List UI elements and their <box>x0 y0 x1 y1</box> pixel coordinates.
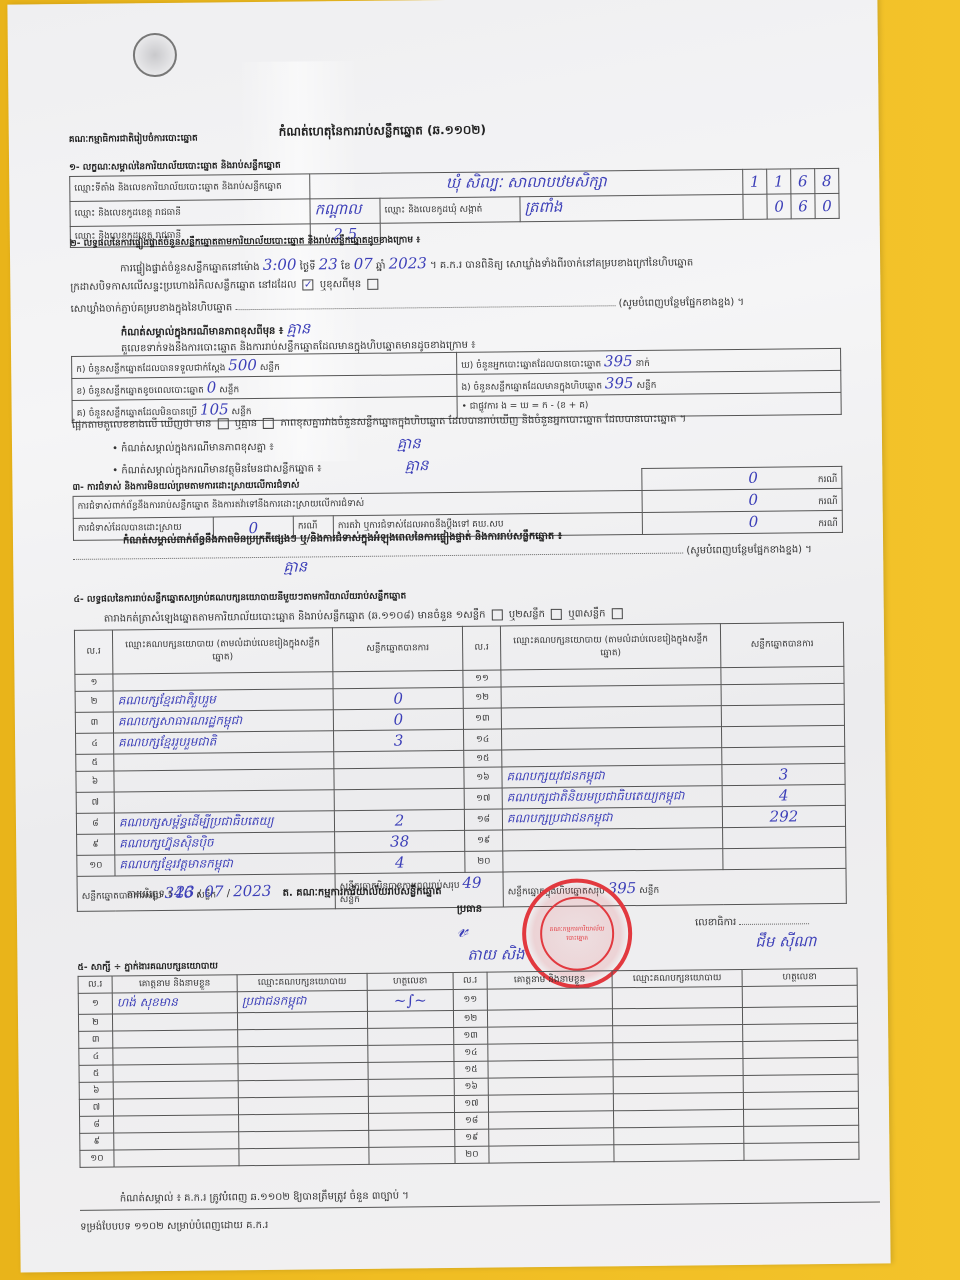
date-month: 07 <box>204 882 223 900</box>
row-no: ១១ <box>463 670 501 687</box>
agent-name <box>113 1030 238 1048</box>
agent-signature <box>743 1023 858 1041</box>
party-name: គណបក្សសម្ព័ន្ធដើម្បីប្រជាធិបតេយ្យ <box>114 811 334 834</box>
irregularities-note-value: គ្មាន <box>283 557 307 579</box>
valid-votes: 2 <box>334 809 464 831</box>
party-name <box>114 790 334 813</box>
party-name: គណបក្សហ្វ៊ុនស៊ិនប៉ិច <box>115 832 335 855</box>
valid-votes <box>721 704 844 726</box>
agent-party <box>613 1075 743 1093</box>
figure-value: 395 <box>604 352 633 370</box>
verification-prefix: ការផ្ទៀងផ្ទាត់ចំនួនសន្លឹកឆ្នោតនៅម៉ោង <box>120 262 260 274</box>
valid-votes <box>721 725 844 747</box>
agent-signature <box>742 985 857 1007</box>
agent-name <box>114 1132 239 1150</box>
col-signature: ហត្ថលេខា <box>742 968 857 986</box>
committee-label: គណៈកម្មាធិការជាតិរៀបចំការបោះឆ្នោត <box>69 133 198 147</box>
chair-label: ប្រធាន <box>457 902 482 917</box>
figure-unit: នាក់ <box>635 359 649 369</box>
chair-name: តាយ សិង <box>467 945 524 968</box>
agent-party: ប្រជាជនកម្ពុជា <box>237 990 367 1012</box>
valid-votes: 3 <box>334 729 464 751</box>
col-no: ល.រ <box>453 972 487 989</box>
row-no: ៩ <box>80 1133 114 1150</box>
agent-party <box>238 1062 368 1080</box>
row-no: ១៤ <box>454 1044 488 1061</box>
three-sheets-label: ឬ៣សន្លឹក <box>568 608 605 619</box>
row-no: ៦ <box>76 771 114 792</box>
agent-name <box>113 1047 238 1065</box>
row-no: ១៨ <box>464 809 502 830</box>
col-party: ឈ្មោះគណបក្សនយោបាយ <box>612 969 742 987</box>
agent-party <box>613 1058 743 1076</box>
bullet1-value: គ្មាន <box>397 434 421 452</box>
row-no: ១៣ <box>454 1027 488 1044</box>
agent-signature <box>743 1108 858 1126</box>
committee-sign-label: ត. គណៈកម្មការការិយាល័យរាប់សន្លឹកឆ្នោត <box>283 886 442 899</box>
footer-form-label: ទម្រង់បែបបទ ១១០២ សម្រាប់បំពេញដោយ គ.ក.រ <box>80 1218 268 1235</box>
agent-signature <box>368 1061 454 1079</box>
party-name: គណបក្សខ្មែររួបរួមជាតិ <box>114 731 334 754</box>
agent-signature: ~∫~ <box>367 989 453 1011</box>
row-no: ១០ <box>77 855 115 876</box>
three-sheets-checkbox[interactable] <box>612 608 623 619</box>
figure-label: ឃ) ចំនួនអ្នកបោះឆ្នោតដែលបានបោះឆ្នោត <box>461 359 601 370</box>
two-sheets-checkbox[interactable] <box>551 608 562 619</box>
year-label: ឆ្នាំ <box>376 261 386 272</box>
valid-votes: 0 <box>333 687 463 709</box>
agent-signature <box>743 1074 858 1092</box>
agent-name <box>488 1060 613 1078</box>
agent-party <box>612 986 742 1008</box>
code-digit: 8 <box>815 168 839 193</box>
seal-line: ក្រដាសបិទកាសលើសន្ទះប្រហោងរំកិលសន្លឹកឆ្នោ… <box>70 277 381 295</box>
col-name: គោត្តនាម និងនាមខ្លួន <box>487 971 612 989</box>
row-no: ២០ <box>465 851 503 872</box>
agent-party <box>613 1041 743 1059</box>
month-label: ខែ <box>341 261 351 272</box>
row-no: ១៥ <box>464 750 502 767</box>
agent-party <box>613 1092 743 1110</box>
objections-row1-value: 0 <box>748 491 758 509</box>
agent-name <box>488 1077 613 1095</box>
changed-label: ឬខុសពីមុន <box>320 279 361 290</box>
party-name: គណបក្សយុវជនកម្ពុជា <box>502 765 722 788</box>
commune-code-digit: 0 <box>767 194 791 219</box>
secretary-name: ជឹម ស៊ីណា <box>755 932 816 955</box>
difference-none-label: ឬគ្មាន <box>235 418 257 429</box>
secretary-label: លេខាធិការ <box>695 917 736 928</box>
date-label: ការបរិច្ឆេទ ៖ <box>127 889 173 900</box>
agent-name <box>113 1064 238 1082</box>
row-no: ៥ <box>76 754 114 771</box>
difference-tail: ភាពខុសគ្នារវាងចំនួនសន្លឹកឆ្នោតក្នុងហិបឆ្… <box>280 414 686 429</box>
row-no: ១៥ <box>454 1061 488 1078</box>
row-no: ៤ <box>79 1048 113 1065</box>
agent-name <box>114 1115 239 1133</box>
row-no: ៧ <box>79 1099 113 1116</box>
fill-more-note: (សូមបំពេញបន្ថែមផ្នែកខាងខ្នង) ។ <box>619 297 745 309</box>
objections-total-value: 0 <box>748 469 758 487</box>
verification-day: 23 <box>319 255 338 273</box>
unit: សន្លឹក <box>639 885 659 895</box>
agent-name <box>487 1009 612 1027</box>
party-name <box>503 849 723 872</box>
row-no: ៦ <box>79 1082 113 1099</box>
row-no: ១០ <box>80 1150 114 1167</box>
difference-note-value: គ្មាន <box>286 319 310 337</box>
agent-signature <box>742 1006 857 1024</box>
day-label: ថ្ងៃទី <box>300 261 316 272</box>
party-name: គណបក្សសាធារណរដ្ឋកម្ពុជា <box>113 710 333 733</box>
unit: ករណី <box>818 475 838 485</box>
figure-value: 500 <box>228 356 257 374</box>
agent-party <box>614 1143 744 1161</box>
row-no: ៣ <box>75 712 113 733</box>
tally-sheet-line: តារាងកត់ត្រាសំឡេងឆ្នោតតាមការិយាល័យបោះឆ្ន… <box>104 606 626 626</box>
row-no: ១៩ <box>455 1129 489 1146</box>
agent-name <box>487 988 612 1010</box>
col-party: ឈ្មោះគណបក្សនយោបាយ (តាមលំដាប់លេខរៀងក្នុងស… <box>112 628 332 674</box>
row-no: ១ <box>75 674 113 691</box>
row-no: ១ <box>78 993 112 1014</box>
election-result-form-paper: គណៈកម្មាធិការជាតិរៀបចំការបោះឆ្នោត កំណត់ហ… <box>7 0 890 1273</box>
inner-lock-line: សោឃ្លាំងចាក់ភ្ជាប់គម្របខាងក្នុងនៃហិបឆ្នោ… <box>71 295 745 317</box>
agent-signature <box>744 1125 859 1143</box>
date-day: 23 <box>175 883 194 901</box>
figure-unit: សន្លឹក <box>636 381 656 391</box>
col-no: ល.រ <box>462 626 500 670</box>
section5-heading: ៥- សាក្សី ÷ ភ្នាក់ងារគណបក្សនយោបាយ <box>77 960 218 974</box>
agent-party <box>238 1045 368 1063</box>
col-votes: សន្លឹកឆ្នោតបានការ <box>332 626 462 671</box>
agent-signature <box>368 1078 454 1096</box>
row-no: ៥ <box>79 1065 113 1082</box>
agent-signature <box>369 1112 455 1130</box>
agent-name <box>488 1043 613 1061</box>
valid-votes <box>722 746 845 764</box>
two-sheets-label: ឬ២សន្លឹក <box>509 609 545 620</box>
agent-party <box>613 1024 743 1042</box>
district-value: កណ្ដាល <box>310 198 380 224</box>
fill-more-note: (សូមបំពេញបន្ថែមផ្នែកខាងខ្នង) ។ <box>686 544 812 556</box>
district-label: ឈ្មោះ និងលេខកូដខេត្ត រាជធានី <box>70 199 310 227</box>
row-no: ៧ <box>76 792 114 813</box>
agent-name <box>489 1111 614 1129</box>
party-name: គណបក្សជាតិនិយមប្រជាធិបតេយ្យកម្ពុជា <box>502 786 722 809</box>
stamp-emblem-icon: គណៈកម្មការការិយាល័យបោះឆ្នោត <box>540 896 615 971</box>
agent-name <box>113 1098 238 1116</box>
bullet-difference: • កំណត់សម្គាល់ក្នុងករណីមានភាពខុសគ្នា ៖ គ… <box>112 434 421 459</box>
date-line: ការបរិច្ឆេទ ៖ 23 / 07 / 2023 ត. គណៈកម្មក… <box>127 880 442 902</box>
row-no: ៤ <box>76 733 114 754</box>
agent-party <box>239 1147 369 1165</box>
row-no: ១៦ <box>454 1078 488 1095</box>
footer-note: កំណត់សម្គាល់ ៖ គ.ក.រ ត្រូវបំពេញ ឆ.១១០២ ឱ… <box>120 1188 409 1206</box>
unit: ករណី <box>818 497 838 507</box>
col-party: ឈ្មោះគណបក្សនយោបាយ <box>237 973 367 991</box>
figure-label: ង) ចំនួនសន្លឹកឆ្នោតដែលមានក្នុងហិបឆ្នោត <box>461 381 602 392</box>
agent-party <box>238 1028 368 1046</box>
row-no: ២០ <box>455 1146 489 1163</box>
bullet1-label: • កំណត់សម្គាល់ក្នុងករណីមានភាពខុសគ្នា ៖ <box>112 442 274 455</box>
row-no: ១១ <box>453 989 487 1010</box>
difference-text: ផ្អែកតាមតួលេខខាងលើ ឃើញថា មាន <box>72 418 212 430</box>
valid-votes <box>334 788 464 810</box>
agent-name <box>489 1145 614 1163</box>
code-digit: 1 <box>767 169 791 194</box>
valid-votes: 38 <box>335 830 465 852</box>
valid-votes: 4 <box>335 851 465 873</box>
intact-checkbox[interactable]: ✓ <box>303 279 314 290</box>
row-no: ១២ <box>463 687 501 708</box>
changed-checkbox[interactable] <box>367 278 378 289</box>
ballot-figures-table: ក) ចំនួនសន្លឹកឆ្នោតដែលបានទទួលជាក់ស្ដែង 5… <box>71 348 842 423</box>
figure-unit: សន្លឹក <box>219 385 239 395</box>
date-year: 2023 <box>233 882 271 900</box>
agent-signature <box>743 1091 858 1109</box>
agent-name <box>113 1081 238 1099</box>
verification-line: ការផ្ទៀងផ្ទាត់ចំនួនសន្លឹកឆ្នោតនៅម៉ោង 3:0… <box>120 251 693 276</box>
valid-votes: 0 <box>333 708 463 730</box>
commune-code-digit: 6 <box>791 194 815 219</box>
agent-party <box>238 1079 368 1097</box>
party-name <box>501 706 721 729</box>
agent-party <box>614 1109 744 1127</box>
figure-label: ខ) ចំនួនសន្លឹកឆ្នោតខូចពេលបោះឆ្នោត <box>76 386 204 397</box>
agent-signature <box>368 1044 454 1062</box>
section2-heading: ២- លទ្ធផលនៃការផ្ទៀងផ្ទាត់ចំនួនសន្លឹកឆ្នោ… <box>70 234 420 251</box>
row-no: ១២ <box>453 1010 487 1027</box>
verification-year: 2023 <box>389 254 427 272</box>
row-no: ៣ <box>79 1031 113 1048</box>
row-no: ១៣ <box>463 708 501 729</box>
party-name: គណបក្សប្រជាជនកម្ពុជា <box>502 807 722 830</box>
code-digit: 1 <box>743 169 767 194</box>
row-no: ១៩ <box>465 830 503 851</box>
commune-value: ត្រពាំង <box>520 194 743 221</box>
figure-unit: សន្លឹក <box>260 363 280 373</box>
agent-signature <box>743 1040 858 1058</box>
appeal-value: 0 <box>749 513 759 531</box>
unit: ករណី <box>818 519 838 529</box>
row-no: ៨ <box>80 1116 114 1133</box>
agent-name <box>489 1128 614 1146</box>
valid-votes <box>723 847 846 869</box>
row-no: ១៦ <box>464 767 502 788</box>
row-no: ៨ <box>76 813 114 834</box>
col-no: ល.រ <box>74 630 112 674</box>
agent-name <box>112 1013 237 1031</box>
col-party: ឈ្មោះគណបក្សនយោបាយ (តាមលំដាប់លេខរៀងក្នុងស… <box>500 624 720 670</box>
col-name: គោត្តនាម និងនាមខ្លួន <box>112 975 237 993</box>
agent-party <box>237 1011 367 1029</box>
valid-votes <box>334 767 464 789</box>
party-agents-table: ល.រ គោត្តនាម និងនាមខ្លួន ឈ្មោះគណបក្សនយោប… <box>78 968 860 1168</box>
agent-signature <box>368 1095 454 1113</box>
row-no: ៩ <box>77 834 115 855</box>
valid-votes <box>723 826 846 848</box>
seal-text: ក្រដាសបិទកាសលើសន្ទះប្រហោងរំកិលសន្លឹកឆ្នោ… <box>70 280 296 293</box>
party-name: គណបក្សខ្មែរវត្តមានកម្ពុជា <box>115 853 335 876</box>
commune-label: ឈ្មោះ និងលេខកូដឃុំ សង្កាត់ <box>380 197 520 223</box>
agent-party <box>612 1007 742 1025</box>
valid-votes: 292 <box>722 805 845 827</box>
valid-votes <box>721 683 844 705</box>
inner-lock-text: សោឃ្លាំងចាក់ភ្ជាប់គម្របខាងក្នុងនៃហិបឆ្នោ… <box>71 302 233 315</box>
agent-signature <box>369 1129 455 1147</box>
agent-name <box>488 1026 613 1044</box>
figure-value: 395 <box>605 374 634 392</box>
valid-votes <box>721 666 844 684</box>
station-name-label: ឈ្មោះទីតាំង និងលេខការិយាល័យបោះឆ្នោត និងរ… <box>70 174 310 202</box>
chair-signature: 𝓋 <box>457 918 468 943</box>
col-no: ល.រ <box>78 976 112 993</box>
valid-votes <box>334 750 464 768</box>
section4-heading: ៤- លទ្ធផលនៃការរាប់សន្លឹកឆ្នោតសម្រាប់គណបក… <box>74 590 407 606</box>
tally-sheet-intro: តារាងកត់ត្រាសំឡេងឆ្នោតតាមការិយាល័យបោះឆ្ន… <box>104 610 486 625</box>
agent-signature <box>367 1010 453 1028</box>
agent-signature <box>368 1027 454 1045</box>
row-no: ២ <box>75 691 113 712</box>
verification-time: 3:00 <box>263 256 297 274</box>
agent-signature <box>369 1146 455 1164</box>
difference-has-checkbox[interactable] <box>218 418 229 429</box>
total-invalid-value: 49 <box>462 874 481 892</box>
agent-party <box>238 1096 368 1114</box>
row-no: ២ <box>78 1014 112 1031</box>
party-name: គណបក្សខ្មែរជាតិរួបរួម <box>113 689 333 712</box>
agent-name: ហង់ សុខមាន <box>112 992 237 1014</box>
code-digit: 6 <box>791 169 815 194</box>
party-name <box>114 769 334 792</box>
secretary-line: លេខាធិការ <box>695 914 810 930</box>
agent-signature <box>744 1142 859 1160</box>
row-no: ១៧ <box>454 1095 488 1112</box>
difference-none-checkbox[interactable] <box>263 417 274 428</box>
row-no: ១៧ <box>464 788 502 809</box>
agent-party <box>239 1130 369 1148</box>
agent-signature <box>743 1057 858 1075</box>
document-title: កំណត់ហេតុនៃការរាប់សន្លឹកឆ្នោត (ឆ.១១០២) <box>279 122 486 142</box>
figure-value: 0 <box>207 378 217 396</box>
figure-label: ក) ចំនួនសន្លឹកឆ្នោតដែលបានទទួលជាក់ស្ដែង <box>76 363 225 375</box>
verification-suffix: ។ គ.ក.រ បានពិនិត្យ សោឃ្លាំងទាំងពីរចាក់នៅ… <box>430 257 693 271</box>
party-name <box>501 685 721 708</box>
valid-votes: 4 <box>722 784 845 806</box>
party-results-table: ល.រ ឈ្មោះគណបក្សនយោបាយ (តាមលំដាប់លេខរៀងក្… <box>74 622 847 912</box>
agent-name <box>114 1149 239 1167</box>
objections-total: 0ករណី <box>642 466 842 490</box>
verification-month: 07 <box>354 255 373 273</box>
difference-note-label: កំណត់សម្គាល់ក្នុងករណីមានភាពខុសពីមុន ៖ <box>121 326 284 339</box>
agent-party <box>239 1113 369 1131</box>
valid-votes: 3 <box>722 763 845 785</box>
one-sheet-checkbox[interactable] <box>492 609 503 620</box>
col-votes: សន្លឹកឆ្នោតបានការ <box>720 622 843 667</box>
cambodia-emblem-icon <box>133 33 177 77</box>
valid-votes <box>333 670 463 688</box>
stamp-text: គណៈកម្មការការិយាល័យបោះឆ្នោត <box>542 924 612 943</box>
party-name <box>503 828 723 851</box>
party-name <box>501 727 721 750</box>
agent-name <box>488 1094 613 1112</box>
col-signature: ហត្ថលេខា <box>367 972 453 990</box>
row-no: ១៨ <box>455 1112 489 1129</box>
agent-party <box>614 1126 744 1144</box>
section1-heading: ១- លក្ខណៈសម្គាល់នៃការិយាល័យបោះឆ្នោត និងរ… <box>69 160 281 175</box>
row-no: ១៤ <box>463 729 501 750</box>
commune-code-digit: 0 <box>815 193 839 218</box>
